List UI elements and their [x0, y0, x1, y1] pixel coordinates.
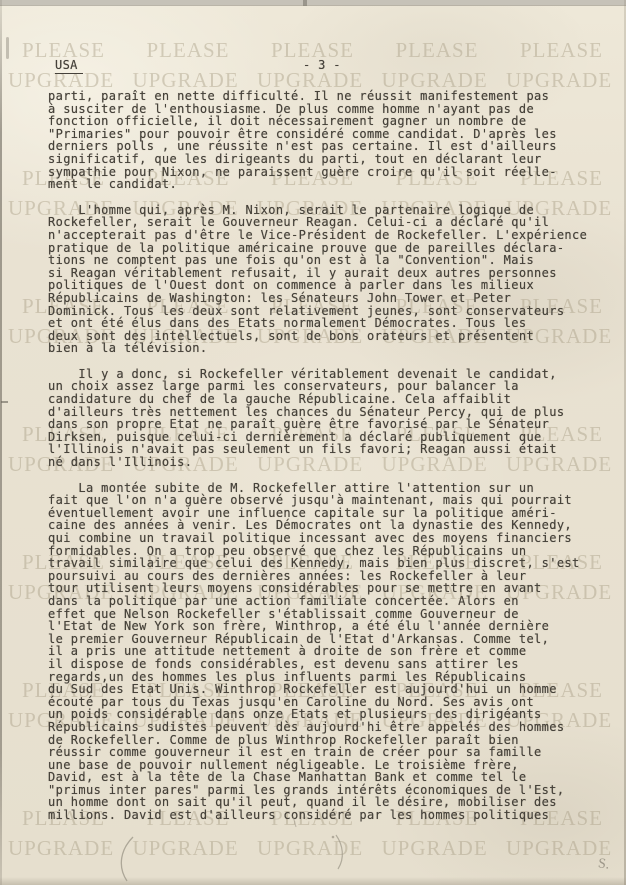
watermark-word: UPGRADE: [133, 836, 239, 861]
scan-nick-mark: [303, 0, 307, 6]
document-body: parti, paraît en nette difficulté. Il ne…: [48, 90, 608, 835]
text-line: il dispose de fonds considérables, est d…: [48, 658, 608, 671]
page-number: - 3 -: [303, 58, 341, 72]
paragraph: La montée subite de M. Rockefeller attir…: [48, 482, 608, 822]
text-line: né dans l'Illinois.: [48, 456, 608, 469]
pencil-arc-mark: [121, 837, 133, 881]
text-line: candidature du chef de la gauche Républi…: [48, 393, 608, 406]
text-line: millions. David est d'ailleurs considéré…: [48, 809, 608, 822]
pencil-dot-mark: [332, 836, 335, 839]
watermark-word: PLEASE: [520, 38, 603, 63]
margin-smudge: [6, 37, 9, 59]
text-line: fonction officielle, il doit nécessairem…: [48, 115, 608, 128]
paragraph: Il y a donc, si Rockefeller véritablemen…: [48, 368, 608, 469]
watermark-word: UPGRADE: [257, 836, 363, 861]
watermark-word: PLEASE: [396, 38, 479, 63]
paragraph: L'homme qui, après M. Nixon, serait le p…: [48, 204, 608, 355]
text-line: parti, paraît en nette difficulté. Il ne…: [48, 90, 608, 103]
text-line: qui combine un travail politique incessa…: [48, 532, 608, 545]
paragraph: parti, paraît en nette difficulté. Il ne…: [48, 90, 608, 191]
text-line: Républicains sudistes peuvent dès aujour…: [48, 721, 608, 734]
text-line: du Sud des Etat Unis. Winthrop Rockefell…: [48, 683, 608, 696]
text-line: fait que l'on n'a guère observé jusqu'à …: [48, 494, 608, 507]
text-line: tions ne comptent pas une fois qu'on est…: [48, 254, 608, 267]
text-line: significatif, que les dirigeants du part…: [48, 153, 608, 166]
scan-left-edge: [0, 0, 2, 885]
scanned-document-page: PLEASEUPGRADEPLEASEUPGRADEPLEASEUPGRADEP…: [0, 0, 626, 885]
corner-pencil-mark: S.: [597, 856, 610, 873]
text-line: réussir comme gouverneur il est en train…: [48, 746, 608, 759]
text-line: l'Etat de New York son frère, Winthrop, …: [48, 620, 608, 633]
text-line: bien à la télévision.: [48, 342, 608, 355]
watermark-word: PLEASE: [147, 38, 230, 63]
text-line: Républicains de Washington: les Sénateur…: [48, 292, 608, 305]
text-line: David, est à la tête de la Chase Manhatt…: [48, 771, 608, 784]
watermark-word: UPGRADE: [382, 836, 488, 861]
watermark-word: UPGRADE: [506, 836, 612, 861]
text-line: travail similaire que celui des Kennedy,…: [48, 557, 608, 570]
text-line: n'accepterait pas d'être le Vice-Préside…: [48, 229, 608, 242]
scan-bottom-edge: [0, 877, 626, 885]
text-line: ment le candidat.: [48, 178, 608, 191]
pencil-squiggle-mark: [336, 835, 342, 869]
text-line: dans son propre Etat ne paraît guère êtr…: [48, 418, 608, 431]
scan-top-edge: [0, 0, 626, 5]
text-line: dans la politique par une action familia…: [48, 595, 608, 608]
watermark-word: UPGRADE: [8, 836, 114, 861]
section-label: USA: [55, 58, 83, 74]
text-line: et ont été élus dans des Etats normaleme…: [48, 317, 608, 330]
